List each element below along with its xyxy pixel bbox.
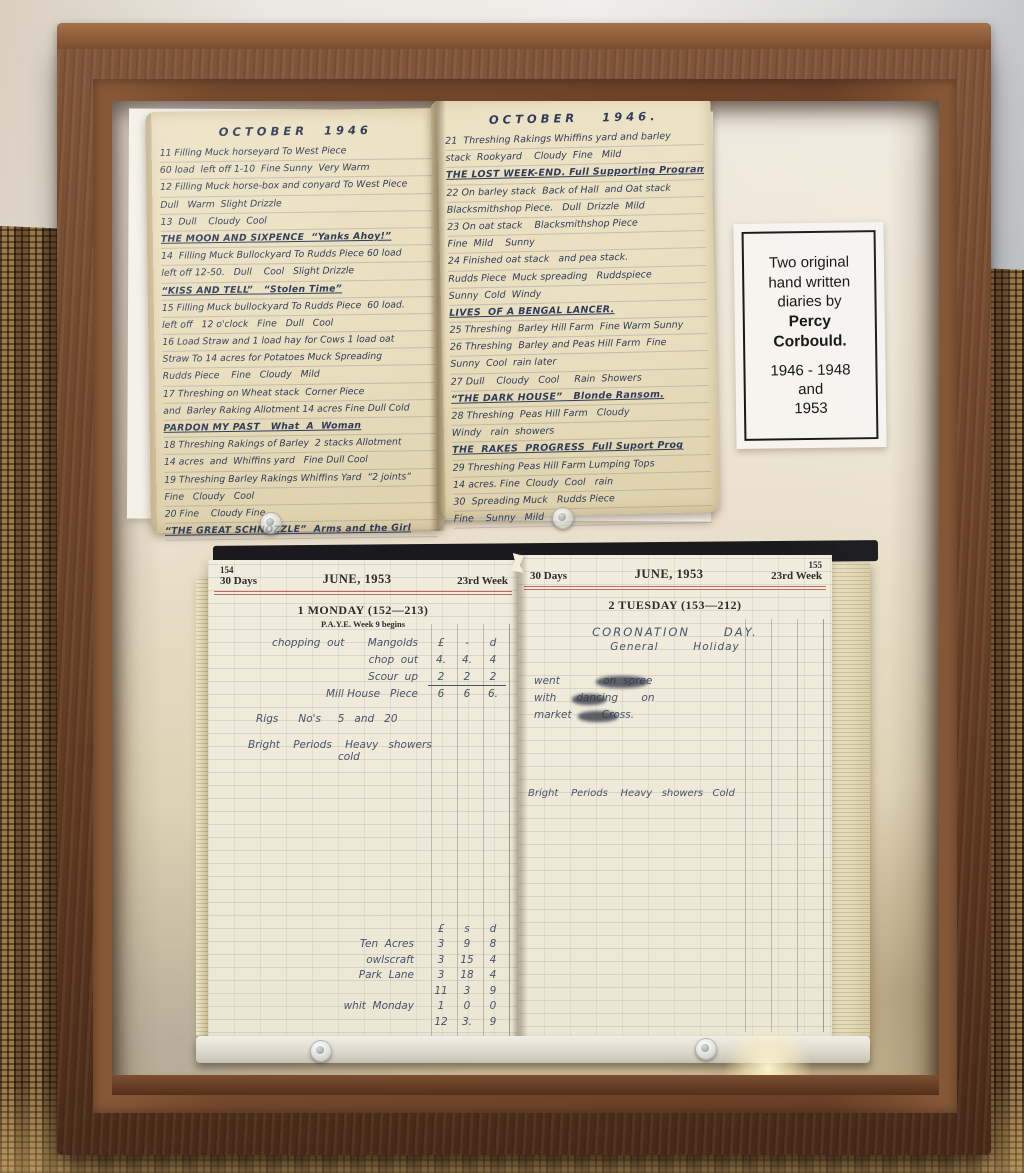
label-intro: Two originalhand writtendiaries by: [768, 253, 851, 313]
account-label: [414, 984, 428, 1000]
coronation-day-line: CORONATION DAY.: [518, 625, 832, 639]
account-pence: d: [480, 922, 506, 938]
spree-note: went on spreewith dancing onmarket Cross…: [534, 673, 832, 724]
money-shillings: 6: [454, 686, 480, 703]
account-row: 12 3. 9: [208, 1015, 518, 1031]
money-pounds: 2: [428, 669, 454, 686]
account-row: 11 3 9: [208, 984, 518, 1000]
account-row: whit Monday 1 0 0: [208, 999, 518, 1015]
account-row: Ten Acres 3 9 8: [208, 937, 518, 953]
account-row: Park Lane 3 18 4: [208, 968, 518, 984]
account-pounds: 3: [428, 953, 454, 969]
days-label: 30 Days: [220, 576, 257, 587]
weather-note: Bright Periods Heavy showers Cold: [528, 788, 826, 799]
diary-1946-left-lines: 11 Filling Muck horseyard To West Piece6…: [160, 142, 437, 541]
money-shillings: -: [454, 635, 480, 652]
account-pence: 4: [480, 968, 506, 984]
rigs-note: Rigs No's 5 and 20: [256, 713, 518, 725]
account-row: £ s d: [208, 922, 518, 938]
account-label: owlscraft: [366, 953, 428, 969]
day-heading: 1 MONDAY (152—213): [208, 603, 518, 618]
account-shillings: 3: [454, 984, 480, 1000]
weather-note: cold: [338, 751, 518, 763]
money-pounds: £: [428, 635, 454, 652]
money-row: Mill House Piece 6 6 6.: [208, 686, 518, 703]
label-line: Two original: [768, 253, 850, 274]
paye-note: P.A.Y.E. Week 9 begins: [208, 619, 518, 629]
wooden-display-case: OCTOBER 1946 11 Filling Muck horseyard T…: [57, 23, 991, 1155]
diary-1946-right-page: OCTOBER 1946. 21 Threshing Rakings Whiff…: [430, 101, 719, 518]
money-label: Mill House Piece: [208, 686, 428, 703]
day-heading: 2 TUESDAY (153—212): [518, 598, 832, 613]
money-row: chopping out Mangolds £ - d: [208, 635, 518, 652]
money-pence: 4: [480, 652, 506, 669]
account-shillings: 15: [454, 953, 480, 969]
account-shillings: s: [454, 922, 480, 938]
account-label: whit Monday: [344, 999, 428, 1015]
label-line: hand written: [768, 272, 850, 293]
money-shillings: 2: [454, 669, 480, 686]
account-pence: 9: [480, 984, 506, 1000]
label-name-line: Corbould.: [773, 331, 846, 352]
money-row: Scour up 2 2 2: [208, 669, 518, 686]
label-line: diaries by: [769, 292, 851, 313]
label-year-line: 1953: [771, 398, 851, 418]
account-pounds: 12: [428, 1015, 454, 1031]
glass-panel: OCTOBER 1946 11 Filling Muck horseyard T…: [112, 101, 939, 1095]
accounts-block: £ s d Ten Acres 3 9 8 owlscraft 3 15 4: [208, 922, 518, 1031]
money-pence: 2: [480, 669, 506, 686]
account-label: Park Lane: [359, 968, 428, 984]
account-shillings: 0: [454, 999, 480, 1015]
money-pounds: 6: [428, 686, 454, 703]
label-card-border: Two originalhand writtendiaries by Percy…: [742, 230, 879, 441]
push-pin: [260, 512, 282, 534]
museum-display-photo: OCTOBER 1946 11 Filling Muck horseyard T…: [0, 0, 1024, 1173]
account-label: [414, 1015, 428, 1031]
account-pounds: 1: [428, 999, 454, 1015]
account-shillings: 18: [454, 968, 480, 984]
label-year-line: and: [771, 379, 851, 399]
account-pounds: 3: [428, 937, 454, 953]
account-shillings: 9: [454, 937, 480, 953]
month-label: JUNE, 1953: [567, 567, 771, 582]
days-label: 30 Days: [530, 570, 567, 582]
diary-1946-left-page: OCTOBER 1946 11 Filling Muck horseyard T…: [145, 108, 445, 533]
page-header: 30 Days JUNE, 1953 155 23rd Week: [518, 555, 832, 584]
diary-1946-gutter-shadow: [430, 101, 446, 531]
label-card: Two originalhand writtendiaries by Percy…: [733, 222, 886, 449]
account-shillings: 3.: [454, 1015, 480, 1031]
ink-smudge: [578, 711, 618, 722]
money-pence: d: [480, 635, 506, 652]
diary-1946-right-lines: 21 Threshing Rakings Whiffins yard and b…: [445, 128, 712, 529]
label-name-line: Percy: [773, 311, 846, 332]
label-year-line: 1946 - 1948: [770, 360, 850, 380]
money-pounds: 4.: [428, 652, 454, 669]
money-block: chopping out Mangolds £ - d chop out 4. …: [208, 635, 518, 703]
week-label: 23rd Week: [771, 571, 822, 582]
red-rule: [214, 591, 512, 595]
account-row: owlscraft 3 15 4: [208, 953, 518, 969]
account-pence: 4: [480, 953, 506, 969]
push-pin: [695, 1038, 717, 1060]
page-block-edge-right: [830, 563, 870, 1037]
page-header: 154 30 Days JUNE, 1953 23rd Week: [208, 560, 518, 589]
case-bottom-sill: [112, 1075, 939, 1095]
money-label: Scour up: [208, 669, 428, 686]
money-label: chopping out Mangolds: [208, 635, 428, 652]
general-holiday-line: General Holiday: [518, 641, 832, 653]
diary-1953-right-page: 30 Days JUNE, 1953 155 23rd Week 2 TUESD…: [518, 555, 832, 1040]
money-pence: 6.: [480, 686, 506, 703]
push-pin: [552, 507, 574, 529]
account-pence: 9: [480, 1015, 506, 1031]
account-pounds: 3: [428, 968, 454, 984]
account-pence: 8: [480, 937, 506, 953]
money-row: chop out 4. 4. 4: [208, 652, 518, 669]
week-label: 23rd Week: [457, 575, 508, 587]
note-line: went on spree: [534, 673, 832, 690]
account-label: Ten Acres: [360, 937, 428, 953]
push-pin: [310, 1040, 332, 1062]
red-rule: [524, 586, 826, 590]
weather-note: Bright Periods Heavy showers: [248, 739, 518, 751]
page-title-october-1946-left: OCTOBER 1946: [159, 116, 431, 146]
page-number-days: 154 30 Days: [220, 565, 257, 587]
ink-smudge: [572, 694, 606, 705]
money-shillings: 4.: [454, 652, 480, 669]
account-pounds: £: [428, 922, 454, 938]
ink-smudge: [596, 676, 648, 688]
account-pence: 0: [480, 999, 506, 1015]
label-name: PercyCorbould.: [773, 311, 847, 352]
label-years: 1946 - 1948and1953: [770, 360, 851, 418]
account-label: [414, 922, 428, 938]
diary-1953-left-page: 154 30 Days JUNE, 1953 23rd Week 1 MONDA…: [208, 560, 518, 1046]
account-pounds: 11: [428, 984, 454, 1000]
money-label: chop out: [208, 652, 428, 669]
page-number-week: 155 23rd Week: [771, 560, 822, 582]
month-label: JUNE, 1953: [257, 572, 457, 587]
diary-line: “THE GREAT SCHNOZZLE” Arms and the Girl: [165, 520, 437, 541]
